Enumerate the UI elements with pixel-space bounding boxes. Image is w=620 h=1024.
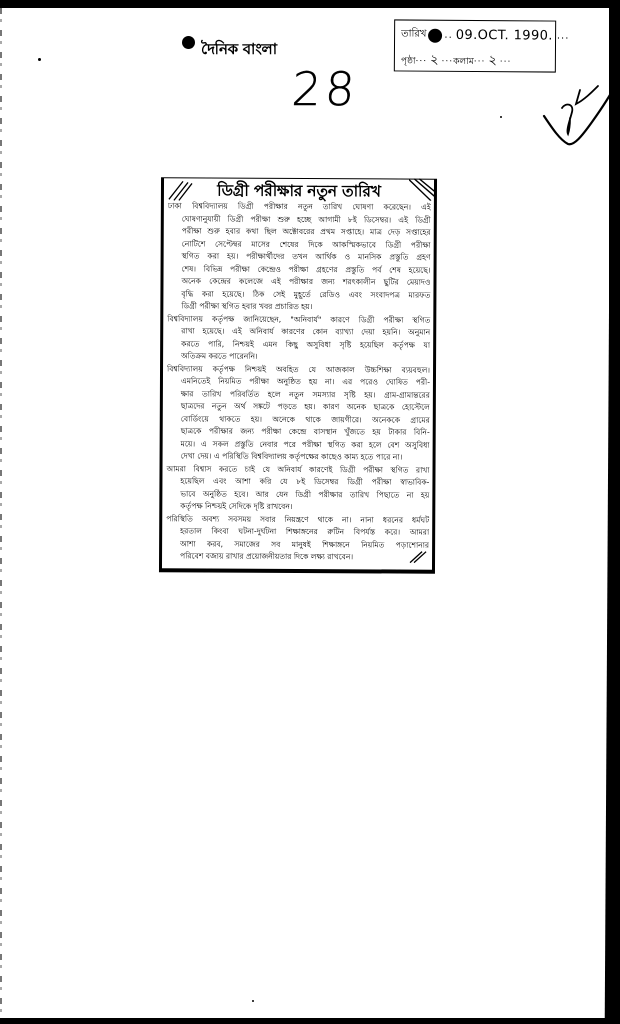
article-paragraph: ঢাকা বিশ্ববিদ্যালয় ডিগ্রী পরীক্ষার নতুন… <box>167 200 431 314</box>
stamp-column-value: ২ <box>488 51 497 72</box>
stamp-dots: ··· <box>415 56 427 66</box>
article-line: রাখা হয়েছে। এই অনিবার্য কারণের কোন ব্যা… <box>167 325 430 339</box>
article-line: ছাত্রকে পরীক্ষার জন্য পরীক্ষা কেন্দ্রে ব… <box>167 425 430 439</box>
article-paragraph: বিশ্ববিদ্যালয় কর্তৃপক্ষ জানিয়েছেন, "অন… <box>167 313 430 364</box>
handwritten-checkmark-icon <box>540 78 618 150</box>
article-line: এমনিতেই নিয়মিত পরীক্ষা অনুষ্ঠিত হয় না।… <box>167 375 430 389</box>
article-line: ডিগ্রী পরীক্ষা স্থগিত হবার খবর প্রচারিত … <box>167 300 430 314</box>
stamp-date-row: তারিখ .. 09.OCT. 1990. ... <box>401 26 569 44</box>
stamp-column-label: কলাম <box>453 54 474 69</box>
page-left-edge <box>0 8 2 1018</box>
stamp-dots: .. <box>444 30 452 41</box>
stamp-page-value: ২ <box>430 51 439 72</box>
date-stamp: তারিখ .. 09.OCT. 1990. ... পৃষ্ঠা ··· ২ … <box>394 19 556 72</box>
newspaper-clipping: ডিগ্রী পরীক্ষার নতুন তারিখ ঢাকা বিশ্ববিদ… <box>159 177 437 573</box>
handwritten-page-number: 28 <box>290 62 360 116</box>
stamp-dots: ··· <box>441 56 453 66</box>
stamp-date-label: তারিখ <box>401 26 426 43</box>
article-line: ঢাকা বিশ্ববিদ্যালয় ডিগ্রী পরীক্ষার নতুন… <box>168 200 431 214</box>
article-line: পরীক্ষা শুরু হবার কথা ছিল অক্টোবরের প্রথ… <box>168 225 431 239</box>
scan-speck <box>252 1000 254 1002</box>
article-line: হরতাল কিংবা ঘটনা-দুর্ঘটনা শিক্ষাঙ্গনের র… <box>166 525 429 539</box>
article-line: দেখা দেয়। এ পরিস্থিতি বিশ্ববিদ্যালয় কর… <box>167 450 430 464</box>
article-line: অনেক কেন্দ্রের কলেজে এই পরীক্ষার জন্য শর… <box>167 275 430 289</box>
stamp-page-label: পৃষ্ঠা <box>401 53 416 68</box>
article-body: ঢাকা বিশ্ববিদ্যালয় ডিগ্রী পরীক্ষার নতুন… <box>166 200 431 564</box>
article-paragraph: আমরা বিশ্বাস করতে চাই যে অনিবার্য কারণেই… <box>166 463 429 514</box>
stamp-date-value: 09.OCT. 1990. <box>456 28 553 44</box>
article-line: ছাত্রদের নতুন অর্থ সঙ্কটে পড়তে হয়। কার… <box>167 400 430 414</box>
stamp-page-row: পৃষ্ঠা ··· ২ ··· কলাম ··· ২ ··· <box>401 50 512 72</box>
scan-speck <box>38 58 41 61</box>
ink-blot-icon <box>428 28 442 42</box>
masthead: দৈনিক বাংলা <box>182 28 277 63</box>
article-line: অতিক্রম করতে পারেননি। <box>167 350 430 364</box>
article-line: পরিবেশ বজায় রাখার প্রয়োজনীয়তার দিকে ল… <box>166 550 429 564</box>
stamp-trailing-dots: ... <box>557 31 570 42</box>
scan-speck <box>500 116 502 118</box>
stamp-dots: ··· <box>474 56 486 66</box>
article-line: কর্তৃপক্ষ নিশ্চয়ই সেদিকে দৃষ্টি রাখবেন। <box>166 500 429 514</box>
article-line: হয়েছিল এবং আশা করি যে ৮ই ডিসেম্বর ডিগ্র… <box>166 475 429 489</box>
stamp-dots: ··· <box>500 57 512 67</box>
newspaper-name: দৈনিক বাংলা <box>201 38 277 63</box>
article-paragraph: বিশ্ববিদ্যালয় কর্তৃপক্ষ নিশ্চয়ই অবহিত … <box>167 363 431 464</box>
bullet-dot-icon <box>182 36 195 49</box>
article-line: স্থগিত করা হয়। পরীক্ষার্থীদের তখন আর্থি… <box>168 250 431 264</box>
article-paragraph: পরিস্থিতি অবশ্য সবসময় সবার নিয়ন্ত্রণে … <box>166 513 429 564</box>
